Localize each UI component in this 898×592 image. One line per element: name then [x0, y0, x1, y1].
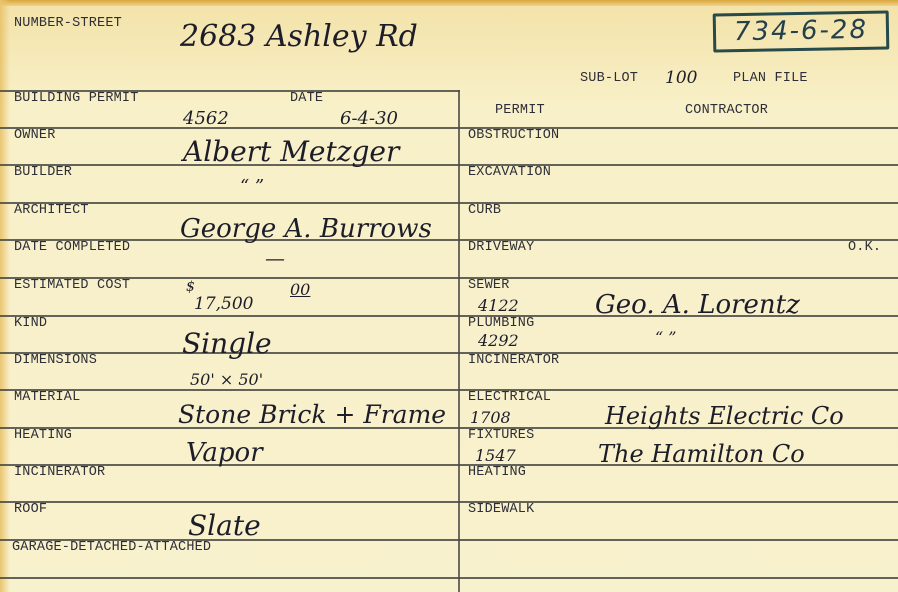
owner-value: Albert Metzger: [183, 138, 399, 166]
kind-label: KIND: [14, 317, 47, 331]
date-value: 6-4-30: [340, 110, 398, 128]
rule-line: [0, 577, 898, 579]
card-edge: [0, 0, 898, 6]
material-value: Stone Brick + Frame: [178, 402, 446, 427]
sewer-permit-number: 4122: [478, 298, 519, 314]
rule-line: [0, 277, 898, 279]
obstruction-label: OBSTRUCTION: [468, 129, 559, 143]
electrical-label: ELECTRICAL: [468, 391, 551, 405]
permit-card: NUMBER-STREET 2683 Ashley Rd 734-6-28 SU…: [0, 0, 898, 592]
builder-label: BUILDER: [14, 166, 72, 180]
date-completed-value: —: [265, 248, 285, 268]
architect-value: George A. Burrows: [180, 216, 432, 242]
kind-value: Single: [182, 330, 272, 358]
garage-label: GARAGE-DETACHED-ATTACHED: [12, 541, 211, 555]
building-permit-label: BUILDING PERMIT: [14, 92, 139, 106]
rule-line: [0, 127, 898, 129]
sidewalk-label: SIDEWALK: [468, 503, 534, 517]
driveway-note: O.K.: [848, 241, 881, 255]
card-edge: [0, 0, 10, 592]
electrical-permit-number: 1708: [470, 410, 511, 426]
incinerator-label: INCINERATOR: [14, 466, 105, 480]
building-permit-value: 4562: [183, 110, 229, 128]
dimensions-value: 50' × 50': [190, 372, 263, 388]
contractor-header: CONTRACTOR: [685, 104, 768, 118]
incinerator-permit-label: INCINERATOR: [468, 354, 559, 368]
number-street-label: NUMBER-STREET: [14, 17, 122, 31]
rule-line: [0, 389, 898, 391]
estimated-cost-label: ESTIMATED COST: [14, 279, 130, 293]
rule-line: [0, 239, 898, 241]
fixtures-label: FIXTURES: [468, 429, 534, 443]
date-label: DATE: [290, 92, 323, 106]
architect-label: ARCHITECT: [14, 204, 89, 218]
rule-line: [0, 352, 898, 354]
fixtures-contractor: The Hamilton Co: [598, 442, 805, 466]
owner-label: OWNER: [14, 129, 56, 143]
heating-value: Vapor: [186, 440, 263, 466]
number-street-value: 2683 Ashley Rd: [180, 22, 418, 52]
plumbing-permit-number: 4292: [478, 333, 519, 349]
excavation-label: EXCAVATION: [468, 166, 551, 180]
estimated-cost-prefix: $: [186, 280, 195, 294]
file-number-stamp: 734-6-28: [713, 10, 890, 52]
sewer-label: SEWER: [468, 279, 510, 293]
sub-lot-value: 100: [665, 70, 697, 87]
permit-header: PERMIT: [495, 104, 545, 118]
roof-label: ROOF: [14, 503, 47, 517]
fixtures-permit-number: 1547: [475, 448, 516, 464]
heating-label: HEATING: [14, 429, 72, 443]
driveway-label: DRIVEWAY: [468, 241, 534, 255]
rule-line: [0, 202, 898, 204]
electrical-contractor: Heights Electric Co: [605, 404, 844, 428]
rule-line: [0, 164, 898, 166]
builder-value: “ ”: [240, 178, 264, 196]
plan-file-label: PLAN FILE: [733, 72, 808, 86]
sewer-contractor: Geo. A. Lorentz: [595, 292, 800, 318]
curb-label: CURB: [468, 204, 501, 218]
estimated-cost-value: 17,500: [194, 296, 253, 313]
estimated-cost-cents: 00: [290, 282, 310, 298]
heating-permit-label: HEATING: [468, 466, 526, 480]
material-label: MATERIAL: [14, 391, 80, 405]
roof-value: Slate: [188, 512, 261, 540]
plumbing-contractor: “ ”: [655, 330, 676, 346]
dimensions-label: DIMENSIONS: [14, 354, 97, 368]
plumbing-label: PLUMBING: [468, 317, 534, 331]
rule-line: [0, 501, 898, 503]
date-completed-label: DATE COMPLETED: [14, 241, 130, 255]
sub-lot-label: SUB-LOT: [580, 72, 638, 86]
